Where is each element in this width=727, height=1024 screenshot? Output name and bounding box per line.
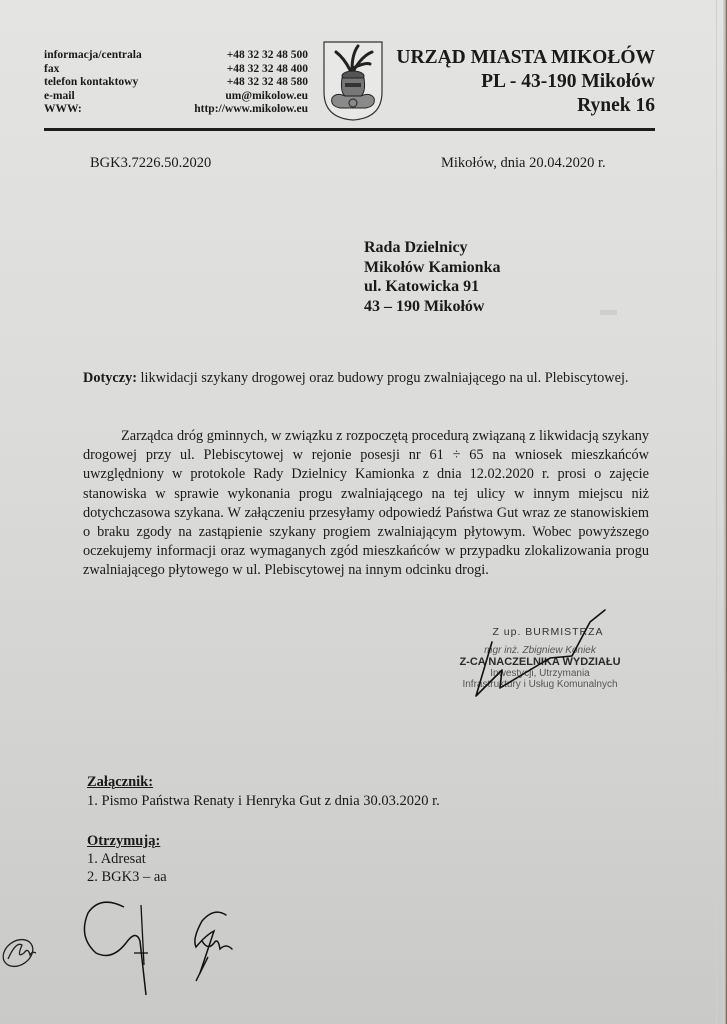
recipient-item: 2. BGK3 – aa (87, 869, 167, 887)
phone-central: +48 32 32 48 500 (190, 49, 308, 63)
page-edge (723, 0, 727, 1024)
contact-label: e-mail (44, 90, 142, 104)
show-through-text: ▬ (600, 300, 617, 320)
handwritten-signature (440, 600, 640, 710)
contact-label: telefon kontaktowy (44, 76, 142, 90)
office-postal: PL - 43-190 Mikołów (396, 70, 655, 94)
office-name: URZĄD MIASTA MIKOŁÓW (396, 46, 655, 70)
helmet-crest-icon (322, 40, 384, 122)
recipient-line: 43 – 190 Mikołów (364, 297, 500, 317)
recipient-line: Mikołów Kamionka (364, 258, 500, 278)
recipient-address: Rada Dzielnicy Mikołów Kamionka ul. Kato… (364, 238, 500, 316)
contact-label: fax (44, 63, 142, 77)
office-heading: URZĄD MIASTA MIKOŁÓW PL - 43-190 Mikołów… (396, 46, 655, 118)
contact-labels: informacja/centrala fax telefon kontakto… (44, 49, 142, 117)
page-fold (716, 0, 717, 1024)
email-address: um@mikolow.eu (190, 90, 308, 104)
office-street: Rynek 16 (396, 94, 655, 118)
contact-label: WWW: (44, 103, 142, 117)
letter-body: Zarządca dróg gminnych, w związku z rozp… (83, 427, 649, 581)
handwritten-initials (0, 895, 260, 1005)
contact-values: +48 32 32 48 500 +48 32 32 48 400 +48 32… (190, 49, 308, 117)
attachment-item: 1. Pismo Państwa Renaty i Henryka Gut z … (87, 793, 440, 810)
contact-label: informacja/centrala (44, 49, 142, 63)
phone-contact: +48 32 32 48 580 (190, 76, 308, 90)
website-url: http://www.mikolow.eu (190, 103, 308, 117)
recipient-line: ul. Katowicka 91 (364, 277, 500, 297)
reference-number: BGK3.7226.50.2020 (90, 155, 211, 172)
recipients-heading: Otrzymują: (87, 833, 160, 850)
recipients-list: 1. Adresat 2. BGK3 – aa (87, 851, 167, 886)
subject-label: Dotyczy: (83, 370, 137, 386)
subject-line: Dotyczy: likwidacji szykany drogowej ora… (83, 370, 629, 387)
fax-number: +48 32 32 48 400 (190, 63, 308, 77)
attachments-heading: Załącznik: (87, 774, 153, 791)
header-divider (44, 128, 655, 131)
place-date: Mikołów, dnia 20.04.2020 r. (441, 155, 606, 172)
subject-text: likwidacji szykany drogowej oraz budowy … (137, 370, 629, 386)
recipient-item: 1. Adresat (87, 851, 167, 869)
recipient-line: Rada Dzielnicy (364, 238, 500, 258)
